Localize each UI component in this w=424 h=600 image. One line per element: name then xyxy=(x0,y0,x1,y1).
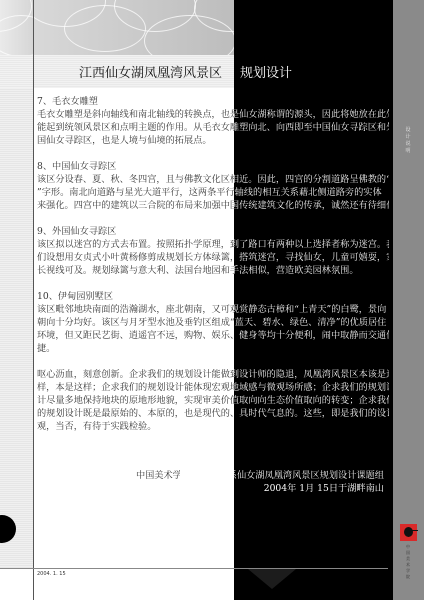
right-gray-strip xyxy=(393,0,424,600)
section-heading: 10、伊甸园别墅区 xyxy=(37,291,113,302)
document-body: 7、毛衣女雕塑 毛衣女雕塑是斜向轴线和南北轴线的转换点，也是仙女湖称谓的源头，因… xyxy=(37,95,389,446)
paragraph-line: 能起到统领风景区和点明主题的作用。从毛衣女雕塑向北、向西即至中国仙女寻踪区和外 xyxy=(37,122,389,133)
section-7: 7、毛衣女雕塑 毛衣女雕塑是斜向轴线和南北轴线的转换点，也是仙女湖称谓的源头，因… xyxy=(37,95,389,147)
section-10: 10、伊甸园别墅区 该区毗邻地块南面的浩瀚湖水，座北朝南，又可观赏静态古樟和“上… xyxy=(37,290,389,355)
ellipse-decoration xyxy=(0,15,33,55)
header-pattern-left xyxy=(0,0,33,55)
paragraph-line: 毛衣女雕塑是斜向轴线和南北轴线的转换点，也是仙女湖称谓的源头，因此将她放在此处， xyxy=(37,109,389,120)
title-main: 江西仙女湖凤凰湾风景区 xyxy=(79,62,222,81)
signature-org: 中国美术学院环境艺术系仙女湖凤凰湾风景区规划设计课题组 xyxy=(136,470,384,481)
signature-block: 中国美术学院环境艺术系仙女湖凤凰湾风景区规划设计课题组 2004年 1月 15日… xyxy=(136,469,384,495)
section-heading: 8、中国仙女寻踪区 xyxy=(37,161,116,172)
paragraph-line: 该区分设春、夏、秋、冬四宫，且与佛教文化区相近。因此，四宫的分割道路呈佛教的“ xyxy=(37,174,389,185)
paragraph-line: 计尽量多地保持地块的原地形地貌，实现审美价值取向向生态价值取向的转变；企求我们 xyxy=(37,395,389,406)
paragraph-line: 观，当否，有待于实践检验。 xyxy=(37,421,156,432)
paragraph-line: 环境，但又距民艺街、逍遥宫不远，购物、娱乐、健身等均十分便利，闹中取静而交通便 xyxy=(37,330,389,341)
paragraph-line: 长视线可及。规划绿篱与意大利、法国台地园和手法相似，营造欧美园林氛围。 xyxy=(37,265,359,276)
paragraph-line: 朝向十分均好。该区与月牙型水池及垂钓区组成“蓝天、碧水、绿色、清净”的优质居住 xyxy=(37,317,386,328)
paragraph-line: 该区拟以迷宫的方式去布置。按照拓扑学原理，到了路口有两种以上选择者称为迷宫。我 xyxy=(37,239,389,250)
paragraph-line: 国仙女寻踪区，也是人境与仙境的拓展点。 xyxy=(37,135,212,146)
section-heading: 9、外国仙女寻踪区 xyxy=(37,226,116,237)
paragraph-line: ”字形。南北向道路与星光大道平行，这两条平行轴线的相互关系藉北侧道路旁的实体 xyxy=(37,187,382,198)
header-pattern xyxy=(34,0,234,55)
horizontal-rule xyxy=(0,568,388,569)
academy-name: 中 国 美 术 学 院 xyxy=(401,544,415,580)
triangle-decoration xyxy=(248,569,296,589)
footer-date: 2004. 1. 15 xyxy=(37,571,66,577)
section-8: 8、中国仙女寻踪区 该区分设春、夏、秋、冬四宫，且与佛教文化区相近。因此，四宫的… xyxy=(37,160,389,212)
paragraph-line: 该区毗邻地块南面的浩瀚湖水，座北朝南，又可观赏静态古樟和“上青天”的白鹭，景向 xyxy=(37,304,386,315)
section-conclusion: 呕心沥血，刻意创新。企求我们的规划设计能做到设计师的隐退，凤凰湾风景区本该是这 … xyxy=(37,368,389,433)
paragraph-line: 样，本是这样；企求我们的规划设计能体现宏观地域感与微观场所感；企求我们的规划设 xyxy=(37,382,389,393)
paragraph-line: 们设想用女贞式小叶黄杨修剪成规划长方体绿篱，搭筑迷宫，寻找仙女，儿童可嬉耍，家 xyxy=(37,252,389,263)
signature-date: 2004年 1月 15日于湖畔南山 xyxy=(264,483,384,494)
paragraph-line: 呕心沥血，刻意创新。企求我们的规划设计能做到设计师的隐退，凤凰湾风景区本该是这 xyxy=(37,369,389,380)
paragraph-line: 捷。 xyxy=(37,343,55,354)
academy-logo-icon xyxy=(400,524,417,541)
section-heading: 7、毛衣女雕塑 xyxy=(37,96,98,107)
title-sub: 规划设计 xyxy=(240,62,292,81)
paragraph-line: 来强化。四宫中的建筑以三合院的布局来加强中国传统建筑文化的传承，诚然还有待细化。 xyxy=(37,200,389,211)
section-9: 9、外国仙女寻踪区 该区拟以迷宫的方式去布置。按照拓扑学原理，到了路口有两种以上… xyxy=(37,225,389,277)
vertical-rule xyxy=(33,0,34,600)
side-label: 设 计 说 明 xyxy=(401,127,415,155)
paragraph-line: 的规划设计既是最原始的、本原的，也是现代的、具时代气息的。这些，即是我们的设计 xyxy=(37,408,389,419)
